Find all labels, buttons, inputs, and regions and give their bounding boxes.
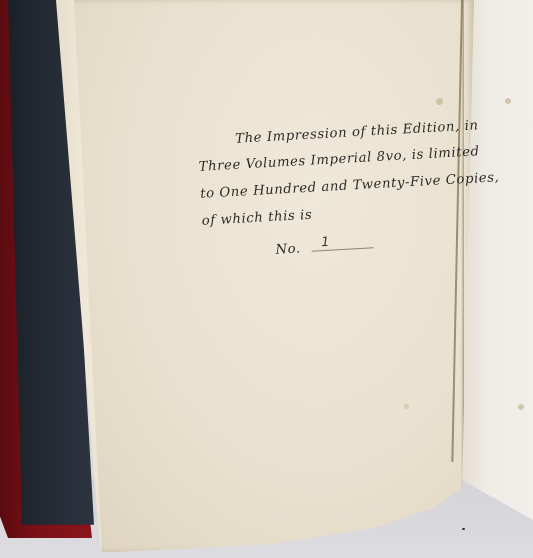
foxing-spot bbox=[436, 98, 443, 105]
copy-number-field: 1 bbox=[311, 234, 374, 251]
copy-number-value: 1 bbox=[321, 235, 331, 250]
debris-speck bbox=[462, 528, 465, 530]
foxing-spot bbox=[404, 404, 409, 409]
book-photo: The Impression of this Edition, in Three… bbox=[0, 0, 533, 558]
limitation-page bbox=[74, 0, 474, 552]
copy-number-label: No. bbox=[275, 241, 301, 257]
foxing-spot bbox=[518, 404, 524, 410]
foxing-spot bbox=[505, 98, 511, 104]
